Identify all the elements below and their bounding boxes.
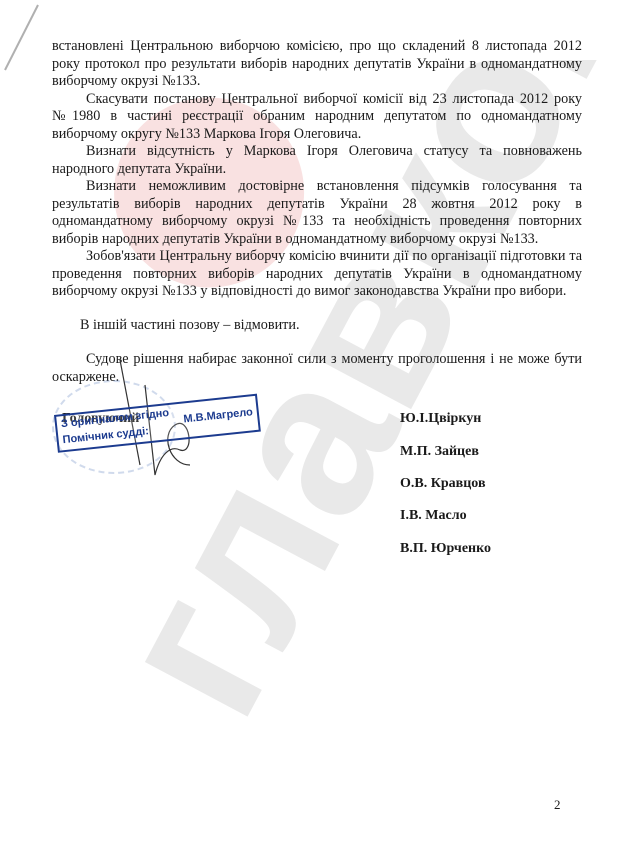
paragraph: Визнати неможливим достовірне встановлен… (52, 178, 582, 248)
judge-name: І.В. Масло (400, 508, 467, 524)
refuse-line: В іншій частині позову – відмовити. (80, 317, 300, 334)
page-number: 2 (554, 797, 561, 813)
stamp-signatory: М.В.Магрело (183, 406, 253, 425)
paragraph: Скасувати постанову Центральної виборчої… (52, 91, 582, 144)
judge-name: М.П. Зайцев (400, 444, 479, 460)
scan-edge-mark (0, 0, 40, 75)
judge-name: В.П. Юрченко (400, 541, 491, 557)
resolution-paragraphs: встановлені Центральною виборчою комісіє… (52, 38, 582, 301)
paragraph: Зобов'язати Центральну виборчу комісію в… (52, 248, 582, 301)
judge-name: Ю.І.Цвіркун (400, 411, 481, 427)
paragraph: встановлені Центральною виборчою комісіє… (52, 38, 582, 91)
paragraph: Визнати відсутність у Маркова Ігоря Олег… (52, 143, 582, 178)
judge-name: О.В. Кравцов (400, 476, 486, 492)
